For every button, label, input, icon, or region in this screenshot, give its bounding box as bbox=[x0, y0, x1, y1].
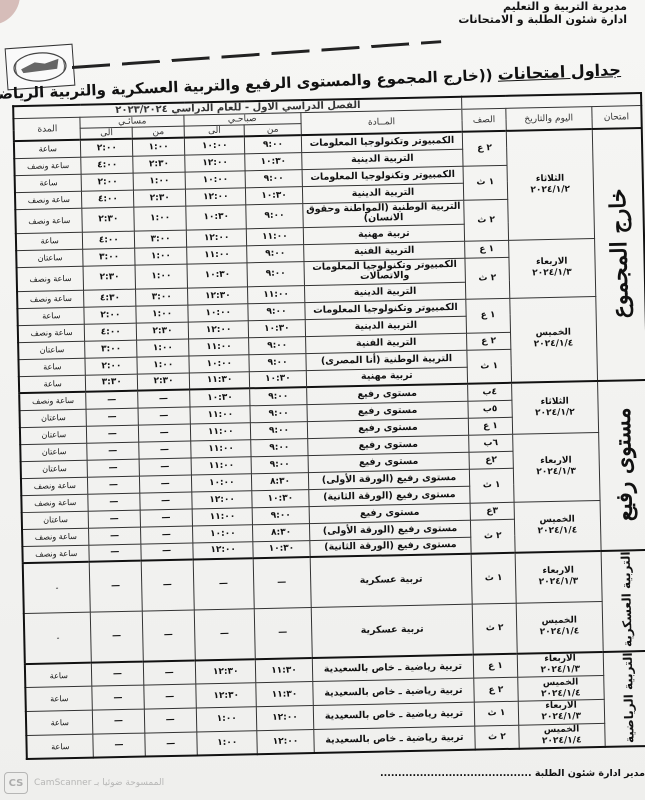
day-date-cell: الخميس٢٠٢٤/١/٤ bbox=[517, 676, 604, 701]
morning-to-cell: ١٠:٣٠ bbox=[186, 204, 247, 229]
evening-from-cell: — bbox=[140, 509, 192, 527]
morning-from-cell: ٩:٠٠ bbox=[250, 404, 306, 422]
grade-cell: ٢ ع bbox=[463, 131, 507, 166]
evening-to-cell: — bbox=[92, 685, 144, 710]
camscanner-text: CamScanner الممسوحة ضوئيا بـ bbox=[34, 778, 164, 788]
duration-cell: ساعة ونصف bbox=[15, 191, 82, 209]
duration-cell: ساعتان bbox=[22, 511, 89, 529]
evening-from-cell: — bbox=[144, 684, 196, 709]
evening-to-cell: ٤:٠٠ bbox=[83, 231, 135, 249]
duration-cell: ساعة ونصف bbox=[21, 494, 88, 512]
evening-to-cell: — bbox=[88, 493, 140, 511]
duration-cell: ساعة bbox=[25, 662, 92, 688]
evening-to-cell: ٢:٣٠ bbox=[83, 265, 135, 290]
morning-from-cell: ٩:٠٠ bbox=[246, 203, 303, 228]
morning-from-cell: ٩:٠٠ bbox=[253, 506, 309, 524]
evening-to-cell: — bbox=[87, 442, 139, 460]
morning-to-cell: ١١:٠٠ bbox=[190, 405, 251, 423]
duration-cell: ساعتان bbox=[16, 249, 83, 267]
evening-to-cell: — bbox=[89, 527, 141, 545]
day-date: ٢٠٢٤/١/٣ bbox=[520, 711, 604, 724]
duration-cell: ساعة ونصف bbox=[21, 477, 88, 495]
day-date-cell: الخميس٢٠٢٤/١/٤ bbox=[516, 601, 603, 653]
evening-to-cell: — bbox=[93, 709, 145, 734]
evening-from-cell: ١:٠٠ bbox=[137, 339, 189, 357]
morning-from-cell: ٨:٣٠ bbox=[252, 472, 308, 490]
day-date: ٢٠٢٤/١/٢ bbox=[513, 407, 597, 420]
evening-to-cell: ٢:٣٠ bbox=[82, 207, 134, 232]
title-main: جداول امتحانات bbox=[498, 60, 622, 84]
subject-cell: تربية عسكرية bbox=[310, 554, 473, 608]
day-date-cell: الخميس٢٠٢٤/١/٤ bbox=[514, 500, 601, 553]
morning-from-cell: ٩:٠٠ bbox=[245, 169, 301, 187]
duration-cell: ساعة bbox=[25, 686, 92, 711]
ministry-header: مديرية التربية و التعليم ادارة شئون الطل… bbox=[458, 0, 627, 26]
evening-to-cell: — bbox=[88, 459, 140, 477]
evening-from-cell: ١:٠٠ bbox=[135, 264, 187, 289]
day-date: ٢٠٢٤/١/٤ bbox=[520, 735, 604, 748]
duration-cell: - bbox=[24, 612, 92, 664]
morning-from-cell: — bbox=[255, 607, 312, 659]
grade-cell: ١ ث bbox=[475, 701, 519, 726]
morning-from-cell: ١١:٠٠ bbox=[248, 285, 304, 303]
morning-to-cell: ١١:٠٠ bbox=[187, 245, 248, 263]
exam-schedule-table: الفصل الدراسي الاول - للعام الدراسي ٢٠٢٣… bbox=[12, 92, 645, 760]
evening-to-cell: ٣:٠٠ bbox=[85, 340, 137, 358]
day-date-cell: الاربعاء٢٠٢٤/١/٣ bbox=[518, 699, 605, 724]
duration-cell: ساعة ونصف bbox=[14, 157, 81, 175]
grade-cell: ٢ ث bbox=[473, 603, 517, 654]
duration-cell: ساعتان bbox=[21, 460, 88, 478]
grade-cell: ٢ ع bbox=[467, 332, 511, 350]
morning-from-cell: ١٠:٣٠ bbox=[249, 319, 305, 337]
evening-to-cell: — bbox=[86, 391, 138, 409]
morning-from-cell: ١٠:٣٠ bbox=[245, 152, 301, 170]
day-date-cell: الاربعاء٢٠٢٤/١/٣ bbox=[508, 238, 596, 298]
duration-cell: ساعتان bbox=[20, 426, 87, 444]
evening-from-cell: — bbox=[138, 407, 190, 425]
morning-to-cell: ١٠:٠٠ bbox=[192, 524, 253, 542]
evening-to-cell: ٢:٠٠ bbox=[81, 139, 133, 157]
subject-cell: تربية رياضية ـ خاص بالسعيدية bbox=[312, 678, 474, 705]
morning-to-cell: ١٠:٠٠ bbox=[191, 473, 252, 491]
evening-to-cell: ٢:٠٠ bbox=[82, 173, 134, 191]
evening-to-cell: — bbox=[93, 733, 145, 758]
section-label-cell: خارج المجموع bbox=[592, 128, 645, 381]
evening-from-cell: ١:٠٠ bbox=[136, 305, 188, 323]
evening-from-cell: ١:٠٠ bbox=[134, 206, 186, 231]
col-day-date: اليوم والتاريخ bbox=[505, 107, 592, 131]
morning-to-cell: ١٠:٠٠ bbox=[189, 354, 250, 372]
evening-from-cell: — bbox=[144, 660, 196, 685]
morning-to-cell: ١١:٠٠ bbox=[191, 456, 252, 474]
evening-from-cell: ١:٠٠ bbox=[135, 247, 187, 265]
day-date: ٢٠٢٤/١/٤ bbox=[518, 626, 602, 639]
evening-from-cell: — bbox=[139, 441, 191, 459]
morning-from-cell: ٩:٠٠ bbox=[247, 261, 304, 286]
grade-cell: ٤ب bbox=[468, 383, 512, 401]
morning-from-cell: ٩:٠٠ bbox=[250, 387, 306, 405]
subject-cell: تربية رياضية ـ خاص بالسعيدية bbox=[313, 702, 475, 729]
duration-cell: ساعة ونصف bbox=[22, 528, 89, 546]
evening-from-cell: — bbox=[140, 492, 192, 510]
duration-cell: ساعة bbox=[19, 375, 86, 393]
morning-to-cell: ١٢:٣٠ bbox=[195, 659, 256, 684]
evening-to-cell: — bbox=[90, 561, 143, 612]
duration-cell: ساعة ونصف bbox=[18, 324, 85, 342]
evening-from-cell: — bbox=[138, 390, 190, 408]
day-date-cell: الاربعاء٢٠٢٤/١/٣ bbox=[517, 652, 604, 678]
evening-to-cell: ٣:٠٠ bbox=[83, 248, 135, 266]
day-date: ٢٠٢٤/١/٣ bbox=[517, 576, 601, 589]
grade-cell: ٢ ع bbox=[474, 678, 518, 703]
morning-to-cell: ١٠:٣٠ bbox=[187, 262, 248, 287]
duration-cell: - bbox=[23, 562, 91, 614]
morning-from-cell: ١٠:٣٠ bbox=[246, 186, 302, 204]
duration-cell: ساعتان bbox=[18, 341, 85, 359]
camscanner-logo-icon: CS bbox=[4, 772, 28, 794]
evening-to-cell: ٣:٣٠ bbox=[86, 374, 138, 392]
grade-cell: ١ ث bbox=[472, 553, 516, 604]
evening-to-cell: ٤:٠٠ bbox=[82, 190, 134, 208]
col-duration: المدة bbox=[13, 117, 80, 141]
evening-from-cell: — bbox=[139, 458, 191, 476]
evening-from-cell: — bbox=[140, 475, 192, 493]
evening-from-cell: — bbox=[141, 560, 194, 611]
morning-to-cell: — bbox=[193, 558, 254, 610]
morning-to-cell: ١٢:٣٠ bbox=[196, 683, 257, 708]
col-grade: الصف bbox=[462, 108, 506, 131]
morning-to-cell: ١١:٠٠ bbox=[189, 337, 250, 355]
morning-to-cell: ١٢:٠٠ bbox=[188, 320, 249, 338]
duration-cell: ساعة ونصف bbox=[19, 392, 86, 410]
grade-cell: ١ ع bbox=[466, 298, 510, 333]
subject-cell: الكمبيوتر وتكنولوجيا المعلومات والاتصالا… bbox=[303, 258, 465, 285]
morning-from-cell: ٩:٠٠ bbox=[251, 455, 307, 473]
duration-cell: ساعتان bbox=[20, 443, 87, 461]
day-date: ٢٠٢٤/١/٣ bbox=[510, 267, 594, 280]
morning-from-cell: ١٠:٣٠ bbox=[252, 489, 308, 507]
section-label-cell: مستوى رفيع bbox=[597, 380, 645, 551]
section-label: التربية العسكرية bbox=[619, 551, 635, 647]
morning-to-cell: ١٢:٠٠ bbox=[192, 490, 253, 508]
morning-from-cell: ٩:٠٠ bbox=[251, 438, 307, 456]
duration-cell: ساعة ونصف bbox=[15, 208, 82, 233]
morning-to-cell: ١٠:٣٠ bbox=[190, 388, 251, 406]
grade-cell: ٢ ث bbox=[464, 199, 508, 241]
grade-cell: ١ ث bbox=[470, 468, 514, 503]
grade-cell: ٦ب bbox=[469, 434, 513, 452]
evening-to-cell: ٤:٠٠ bbox=[81, 156, 133, 174]
evening-from-cell: ٣:٠٠ bbox=[136, 288, 188, 306]
evening-from-cell: ٢:٣٠ bbox=[134, 189, 186, 207]
exam-schedule-sheet: الفصل الدراسي الاول - للعام الدراسي ٢٠٢٣… bbox=[12, 92, 645, 775]
subject-cell: التربية الوطنية (المواطنة وحقوق الانسان) bbox=[302, 200, 464, 227]
morning-from-cell: ٩:٠٠ bbox=[249, 353, 305, 371]
evening-from-cell: ٢:٣٠ bbox=[136, 322, 188, 340]
grade-cell: ٢ ث bbox=[465, 257, 509, 299]
grade-cell: ١ ع bbox=[465, 240, 509, 258]
grade-cell: ١ ع bbox=[474, 653, 518, 678]
morning-from-cell: ١١:٣٠ bbox=[256, 682, 313, 707]
evening-to-cell: — bbox=[88, 476, 140, 494]
section-label-cell: التربية العسكرية bbox=[601, 550, 645, 652]
day-date-cell: الثلاثاء٢٠٢٤/١/٢ bbox=[511, 381, 598, 434]
scanned-page: مديرية التربية و التعليم ادارة شئون الطل… bbox=[0, 0, 645, 800]
morning-from-cell: ٨:٣٠ bbox=[253, 523, 309, 541]
grade-cell: ٢ ث bbox=[471, 519, 515, 554]
morning-to-cell: ١١:٠٠ bbox=[192, 507, 253, 525]
morning-from-cell: ١١:٣٠ bbox=[256, 658, 313, 683]
section-label: خارج المجموع bbox=[605, 188, 634, 318]
morning-to-cell: ١:٠٠ bbox=[197, 730, 258, 755]
ministry-line-1: مديرية التربية و التعليم bbox=[458, 0, 627, 13]
day-date: ٢٠٢٤/١/٣ bbox=[514, 466, 598, 479]
grade-cell: ١ ع bbox=[469, 417, 513, 435]
grade-cell: ١ ث bbox=[467, 349, 511, 384]
evening-from-cell: ٢:٣٠ bbox=[138, 373, 190, 391]
evening-from-cell: ١:٠٠ bbox=[133, 138, 185, 156]
morning-from-cell: ٩:٠٠ bbox=[248, 302, 304, 320]
grade-cell: ٣ع bbox=[470, 502, 514, 520]
morning-to-cell: ١١:٠٠ bbox=[190, 422, 251, 440]
morning-to-cell: ١٠:٠٠ bbox=[188, 303, 249, 321]
morning-from-cell: ١٢:٠٠ bbox=[257, 706, 314, 731]
duration-cell: ساعة ونصف bbox=[17, 266, 84, 291]
duration-cell: ساعة bbox=[26, 710, 93, 735]
day-date: ٢٠٢٤/١/٤ bbox=[519, 688, 603, 701]
morning-from-cell: ٩:٠٠ bbox=[247, 244, 303, 262]
grade-cell: ٢ع bbox=[469, 451, 513, 469]
grade-cell: ٢ ث bbox=[475, 725, 519, 750]
day-date-cell: الخميس٢٠٢٤/١/٤ bbox=[509, 296, 597, 383]
subject-cell: تربية رياضية ـ خاص بالسعيدية bbox=[312, 654, 474, 682]
ministry-line-2: ادارة شئون الطلبة و الامتحانات bbox=[458, 13, 627, 26]
morning-from-cell: ١١:٠٠ bbox=[247, 227, 303, 245]
emblem-icon bbox=[10, 48, 70, 86]
morning-from-cell: ١٠:٣٠ bbox=[253, 540, 309, 558]
signature-line: مدير ادارة شئون الطلبة .................… bbox=[380, 768, 645, 779]
duration-cell: ساعة ونصف bbox=[22, 545, 89, 563]
grade-cell: ٥ب bbox=[468, 400, 512, 418]
evening-from-cell: — bbox=[142, 610, 195, 661]
day-date-cell: الاربعاء٢٠٢٤/١/٣ bbox=[515, 551, 602, 603]
page-corner-shadow bbox=[0, 0, 20, 25]
morning-to-cell: ١:٠٠ bbox=[196, 707, 257, 732]
morning-from-cell: ١٢:٠٠ bbox=[257, 729, 314, 754]
evening-from-cell: — bbox=[145, 732, 197, 757]
evening-from-cell: — bbox=[139, 424, 191, 442]
duration-cell: ساعة bbox=[17, 307, 84, 325]
morning-to-cell: ١٢:٠٠ bbox=[186, 228, 247, 246]
evening-to-cell: — bbox=[92, 661, 144, 686]
morning-to-cell: ١٢:٣٠ bbox=[188, 286, 249, 304]
decorative-dashed-line bbox=[72, 40, 441, 69]
day-date: ٢٠٢٤/١/٣ bbox=[519, 664, 603, 677]
duration-cell: ساعة bbox=[14, 140, 81, 158]
evening-to-cell: — bbox=[91, 611, 144, 662]
day-date-cell: الثلاثاء٢٠٢٤/١/٢ bbox=[506, 129, 595, 240]
evening-to-cell: ٤:٠٠ bbox=[85, 323, 137, 341]
duration-cell: ساعة bbox=[18, 358, 85, 376]
section-label: التربية الرياضية bbox=[621, 652, 637, 743]
evening-from-cell: — bbox=[141, 543, 193, 561]
evening-from-cell: ٢:٣٠ bbox=[133, 155, 185, 173]
morning-to-cell: ١٢:٠٠ bbox=[193, 541, 254, 559]
section-label: مستوى رفيع bbox=[610, 407, 638, 521]
evening-to-cell: ٤:٣٠ bbox=[84, 289, 136, 307]
evening-from-cell: — bbox=[145, 708, 197, 733]
morning-from-cell: ٩:٠٠ bbox=[245, 135, 301, 153]
duration-cell: ساعة bbox=[26, 734, 93, 760]
morning-from-cell: — bbox=[254, 557, 311, 608]
evening-from-cell: ٣:٠٠ bbox=[135, 230, 187, 248]
duration-cell: ساعتان bbox=[20, 409, 87, 427]
duration-cell: ساعة ونصف bbox=[17, 290, 84, 308]
morning-to-cell: ١٠:٠٠ bbox=[184, 136, 245, 154]
morning-from-cell: ٩:٠٠ bbox=[249, 336, 305, 354]
day-date: ٢٠٢٤/١/٤ bbox=[516, 525, 600, 538]
subject-cell: تربية عسكرية bbox=[311, 604, 474, 658]
grade-cell: ١ ث bbox=[463, 165, 507, 200]
evening-from-cell: ١:٠٠ bbox=[133, 172, 185, 190]
morning-from-cell: ٩:٠٠ bbox=[251, 421, 307, 439]
evening-from-cell: — bbox=[141, 526, 193, 544]
evening-to-cell: ٢:٠٠ bbox=[84, 306, 136, 324]
morning-from-cell: ١٠:٣٠ bbox=[250, 370, 306, 388]
subject-cell: تربية رياضية ـ خاص بالسعيدية bbox=[313, 726, 475, 754]
evening-to-cell: — bbox=[89, 544, 141, 562]
day-date-cell: الخميس٢٠٢٤/١/٤ bbox=[518, 723, 605, 749]
evening-to-cell: — bbox=[89, 510, 141, 528]
schedule-body: خارج المجموعالثلاثاء٢٠٢٤/١/٢٢ عالكمبيوتر… bbox=[14, 128, 645, 759]
morning-to-cell: ١٢:٠٠ bbox=[185, 153, 246, 171]
morning-to-cell: ١٢:٠٠ bbox=[185, 187, 246, 205]
morning-to-cell: ١١:٣٠ bbox=[189, 371, 250, 389]
day-date-cell: الاربعاء٢٠٢٤/١/٣ bbox=[512, 432, 600, 502]
evening-to-cell: — bbox=[86, 408, 138, 426]
day-date: ٢٠٢٤/١/٤ bbox=[512, 338, 596, 351]
morning-to-cell: ١٠:٠٠ bbox=[185, 170, 246, 188]
section-label-cell: التربية الرياضية bbox=[603, 651, 645, 748]
evening-from-cell: ١:٠٠ bbox=[137, 356, 189, 374]
morning-to-cell: ١١:٠٠ bbox=[191, 439, 252, 457]
duration-cell: ساعة bbox=[16, 232, 83, 250]
evening-to-cell: — bbox=[87, 425, 139, 443]
evening-to-cell: ٢:٠٠ bbox=[85, 357, 137, 375]
day-date: ٢٠٢٤/١/٢ bbox=[508, 184, 592, 197]
morning-to-cell: — bbox=[194, 609, 255, 661]
camscanner-watermark: CS CamScanner الممسوحة ضوئيا بـ bbox=[4, 772, 164, 794]
col-exam: امتحان bbox=[592, 106, 642, 130]
duration-cell: ساعة bbox=[15, 174, 82, 192]
